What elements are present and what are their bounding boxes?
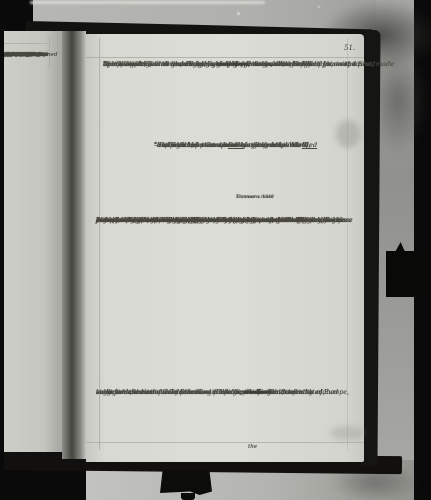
left-page: had not thework have claimedof Spain, fr… (4, 31, 62, 452)
paper-stain (336, 120, 360, 148)
margin-rule-bottom (86, 442, 364, 443)
catchword: the (248, 444, 257, 450)
text-line: of his Country, — to glut the vengeance … (103, 58, 307, 71)
text-line: views to an immediate Colonization of To… (96, 386, 295, 400)
book-gutter (62, 31, 86, 459)
left-page-margin-rule-horizontal (4, 43, 50, 44)
bottom-page-clip (160, 470, 212, 495)
manuscript-photo: had not thework have claimedof Spain, fr… (0, 0, 431, 500)
paper-stain (330, 426, 364, 440)
text-line: ing temper (4, 51, 35, 61)
attribution-reference: Summer v. 1648 (236, 195, 274, 201)
dust-speck (237, 12, 240, 15)
right-page-clamp (386, 251, 431, 297)
page-number: 51. (344, 44, 374, 52)
dust-speck (318, 6, 320, 8)
bottom-page-clip-tab (181, 493, 195, 500)
light-streak (30, 1, 265, 4)
text-line: — in which, he Conquered; and in which h… (154, 139, 306, 152)
text-line: narrow Principles and Policy; and he pai… (96, 214, 347, 227)
right-page: 51. Temper of Monarch and People which c… (86, 34, 364, 462)
